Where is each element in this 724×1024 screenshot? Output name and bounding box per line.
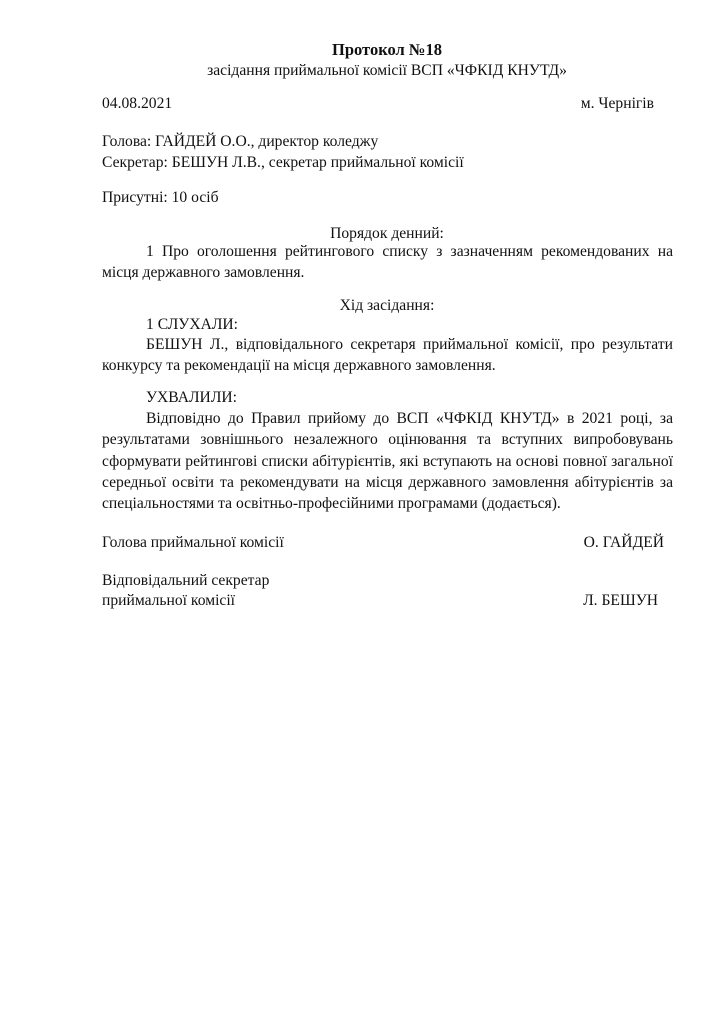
proceedings-heading: Хід засідання: [102, 296, 672, 316]
resolved-text: Відповідно до Правил прийому до ВСП «ЧФК… [102, 408, 673, 514]
secretary-line: Секретар: БЕШУН Л.В., секретар приймальн… [102, 153, 464, 173]
chair-signature-role: Голова приймальної комісії [102, 533, 284, 553]
document-title: Протокол №18 [102, 40, 672, 60]
meeting-date: 04.08.2021 [102, 94, 172, 114]
heard-text: БЕШУН Л., відповідального секретаря прий… [102, 334, 673, 377]
resolved-label: УХВАЛИЛИ: [146, 388, 237, 408]
chair-line: Голова: ГАЙДЕЙ О.О., директор коледжу [102, 132, 378, 152]
agenda-item: 1 Про оголошення рейтингового списку з з… [102, 241, 673, 284]
secretary-signature-role-2: приймальної комісії [102, 591, 235, 611]
meeting-city: м. Чернігів [581, 94, 654, 114]
secretary-signature-role-1: Відповідальний секретар [102, 571, 269, 591]
secretary-signature-name: Л. БЕШУН [583, 591, 658, 611]
heard-label: 1 СЛУХАЛИ: [146, 315, 238, 335]
chair-signature-name: О. ГАЙДЕЙ [584, 533, 664, 553]
document-subtitle: засідання приймальної комісії ВСП «ЧФКІД… [102, 61, 672, 81]
present-line: Присутні: 10 осіб [102, 188, 219, 208]
